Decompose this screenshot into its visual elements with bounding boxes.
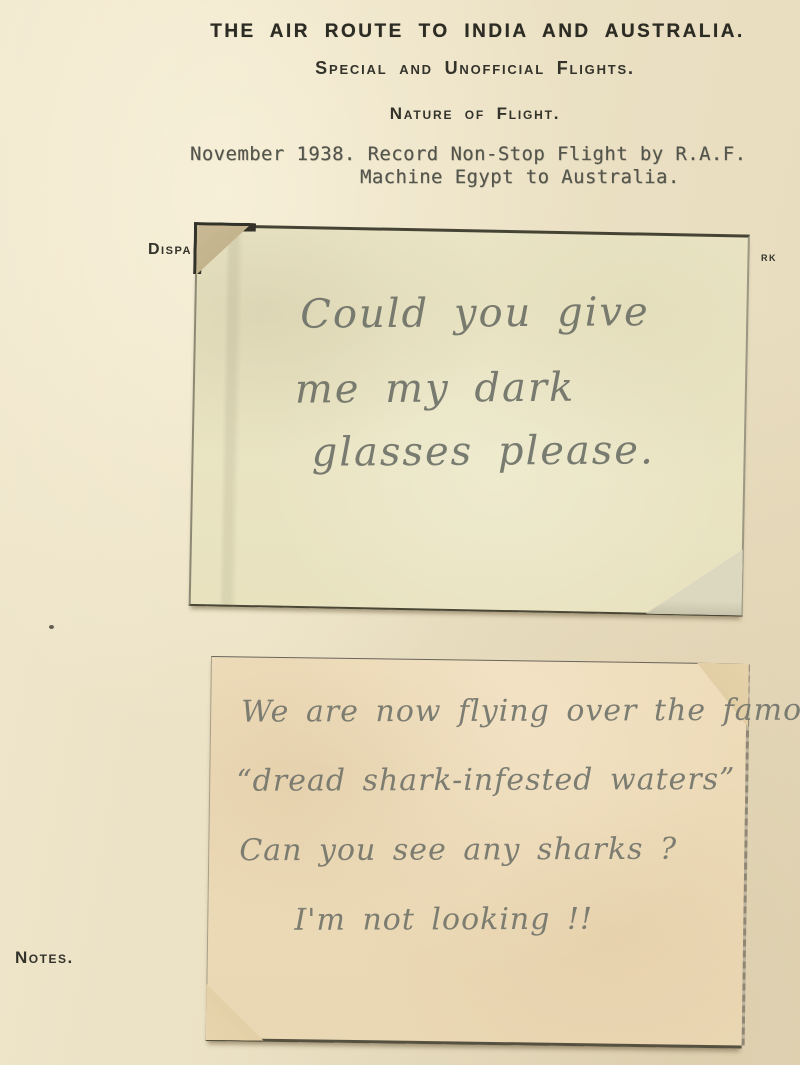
album-page: THE AIR ROUTE TO INDIA AND AUSTRALIA. Sp…	[0, 0, 800, 1065]
handwritten-line: We are now flying over the famous	[241, 693, 800, 730]
ink-speck	[49, 625, 54, 629]
torn-corner-fold	[196, 225, 249, 276]
typed-caption-line-2: Machine Egypt to Australia.	[360, 166, 800, 189]
column-label-postmark-partial: rk	[761, 249, 777, 264]
page-title: THE AIR ROUTE TO INDIA AND AUSTRALIA.	[150, 21, 800, 43]
handwritten-line: Could you give	[300, 289, 650, 337]
section-heading: Nature of Flight.	[150, 104, 800, 124]
notes-label: Notes.	[15, 948, 74, 968]
handwritten-line: me my dark	[295, 365, 576, 413]
note-card-sharks: We are now flying over the famous “dread…	[206, 656, 747, 1048]
photo-corner-bottom-left	[206, 984, 265, 1041]
typed-caption: November 1938. Record Non-Stop Flight by…	[190, 143, 800, 189]
typed-caption-line-1: November 1938. Record Non-Stop Flight by…	[190, 143, 800, 166]
handwritten-line: Can you see any sharks ?	[239, 832, 677, 869]
handwritten-line: “dread shark-infested waters”	[236, 762, 735, 799]
page-subtitle: Special and Unofficial Flights.	[150, 58, 800, 79]
column-label-despatch-partial: Dispa	[148, 241, 192, 259]
handwritten-line: I'm not looking !!	[294, 902, 593, 938]
note-card-dark-glasses: Could you give me my dark glasses please…	[189, 224, 750, 617]
photo-corner-bottom-right	[646, 548, 743, 616]
handwritten-line: glasses please.	[312, 427, 655, 475]
